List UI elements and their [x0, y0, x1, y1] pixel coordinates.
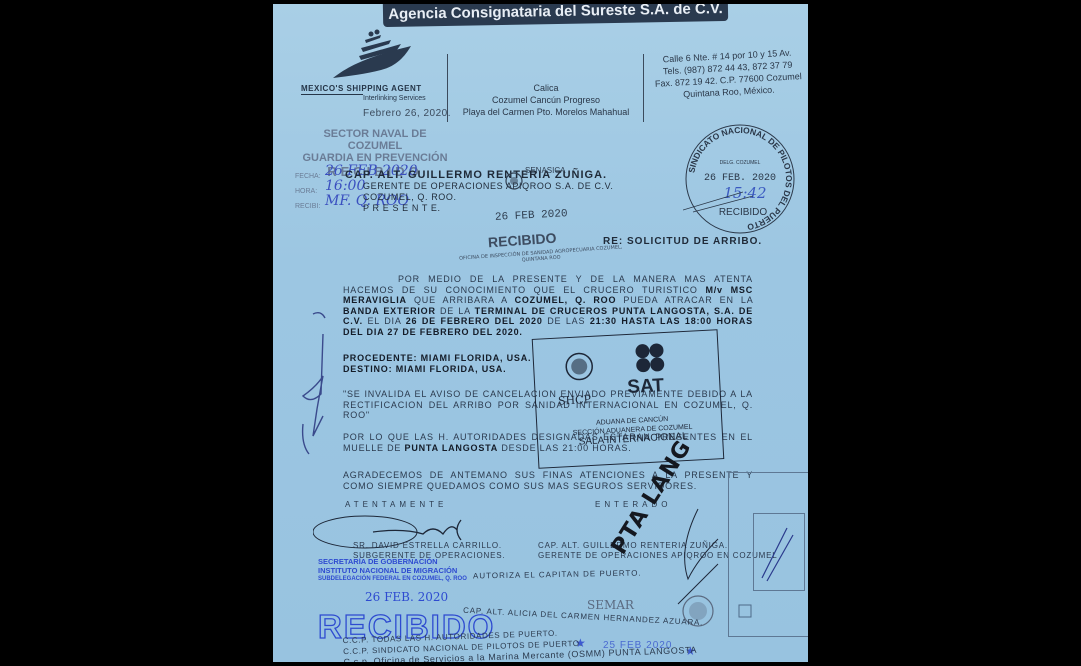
text: EL DIA: [367, 316, 401, 326]
authorization-line: AUTORIZA EL CAPITAN DE PUERTO.: [473, 569, 642, 581]
port-name: COZUMEL, Q. ROO: [515, 295, 617, 305]
migration-date: 26 FEB. 2020: [365, 590, 448, 604]
date-signature: [757, 523, 797, 583]
senasica-date: 26 FEB 2020: [495, 208, 568, 224]
naval-stamp-fields: FECHA: HORA: RECIBI:: [295, 169, 321, 214]
stamp-line: SECTOR NAVAL DE COZUMEL: [295, 128, 455, 152]
text: POR MEDIO DE LA PRESENTE Y DE LA MANERA …: [343, 274, 753, 295]
letter-date: Febrero 26, 2020.: [363, 108, 451, 119]
senasica-office: OFICINA DE INSPECCIÓN DE SANIDAD AGROPEC…: [451, 244, 631, 269]
stamp-line: INSTITUTO NACIONAL DE MIGRACIÓN: [318, 566, 467, 575]
addressee-title: GERENTE DE OPERACIONES APIQROO S.A. DE C…: [345, 181, 614, 192]
svg-text:15:42: 15:42: [723, 184, 766, 202]
pilots-union-stamp: SINDICATO NACIONAL DE PILOTOS DEL PUERTO…: [683, 122, 798, 237]
text: DE LAS: [547, 316, 585, 326]
logo-divider: [301, 94, 363, 95]
addressee-block: CAP. ALT. GUILLERMO RENTERIA ZUÑIGA. GER…: [345, 169, 614, 214]
document-page: Agencia Consignataria del Sureste S.A. d…: [273, 4, 808, 662]
ship-logo-icon: [331, 26, 413, 81]
field-label: RECIBI:: [295, 199, 321, 214]
svg-text:RECIBIDO: RECIBIDO: [719, 207, 768, 218]
port-line: Cozumel Cancún Progreso: [451, 94, 641, 106]
mexico-seal-icon: [505, 172, 523, 190]
closing-paragraph: AGRADECEMOS DE ANTEMANO SUS FINAS ATENCI…: [343, 470, 753, 491]
svg-text:DELG. COZUMEL: DELG. COZUMEL: [720, 160, 761, 166]
port-authority-stamp: [728, 472, 808, 637]
senasica-received: RECIBIDO: [488, 230, 557, 251]
field-label: HORA:: [295, 184, 321, 199]
dock-name: PUNTA LANGOSTA: [405, 443, 499, 453]
header-divider: [447, 54, 448, 122]
sat-logo-text: SAT: [627, 375, 665, 399]
addressee-name: CAP. ALT. GUILLERMO RENTERIA ZUÑIGA.: [345, 169, 614, 181]
berth-name: BANDA EXTERIOR: [343, 306, 436, 316]
shield-icon: [737, 603, 753, 619]
semar-label: SEMAR: [587, 598, 634, 612]
arrival-date: 26 DE FEBRERO DEL 2020: [406, 316, 543, 326]
sat-logo-icon: [633, 341, 667, 375]
subject-line: RE: SOLICITUD DE ARRIBO.: [603, 236, 762, 247]
migration-stamp: SECRETARÍA DE GOBERNACIÓN INSTITUTO NACI…: [318, 557, 467, 584]
addressee-city: COZUMEL, Q. ROO.: [345, 192, 614, 203]
stamp-line: SUBDELEGACIÓN FEDERAL EN COZUMEL, Q. ROO: [318, 575, 467, 584]
shcp-text: SHCP: [558, 393, 592, 408]
signer-name: SR. DAVID ESTRELLA CARRILLO.: [353, 541, 505, 551]
stamp-line: SECRETARÍA DE GOBERNACIÓN: [318, 557, 467, 566]
text: DE LA: [440, 306, 470, 316]
company-address: Calle 6 Nte. # 14 por 10 y 15 Av. Tels. …: [652, 46, 804, 102]
svg-text:26 FEB. 2020: 26 FEB. 2020: [704, 173, 776, 184]
addressee-greeting: P R E S E N T E.: [345, 203, 614, 214]
margin-signature: [293, 304, 338, 464]
ports-list: Calica Cozumel Cancún Progreso Playa del…: [451, 82, 641, 118]
logo-title: MEXICO'S SHIPPING AGENT: [301, 84, 422, 93]
logo-subtitle: Interlinking Services: [363, 95, 426, 102]
field-label: FECHA:: [295, 169, 321, 184]
mexico-seal-icon: [563, 351, 595, 383]
text: QUE ARRIBARA A: [414, 295, 507, 305]
senasica-label: SENASICA: [525, 166, 565, 175]
body-paragraph-1: POR MEDIO DE LA PRESENTE Y DE LA MANERA …: [343, 274, 753, 338]
header-divider: [643, 54, 644, 122]
port-line: Playa del Carmen Pto. Morelos Mahahual: [451, 106, 641, 118]
text: PUEDA ATRACAR EN LA: [623, 295, 753, 305]
company-banner: Agencia Consignataria del Sureste S.A. d…: [383, 4, 728, 27]
right-signature: [668, 504, 728, 614]
port-line: Calica: [451, 82, 641, 94]
